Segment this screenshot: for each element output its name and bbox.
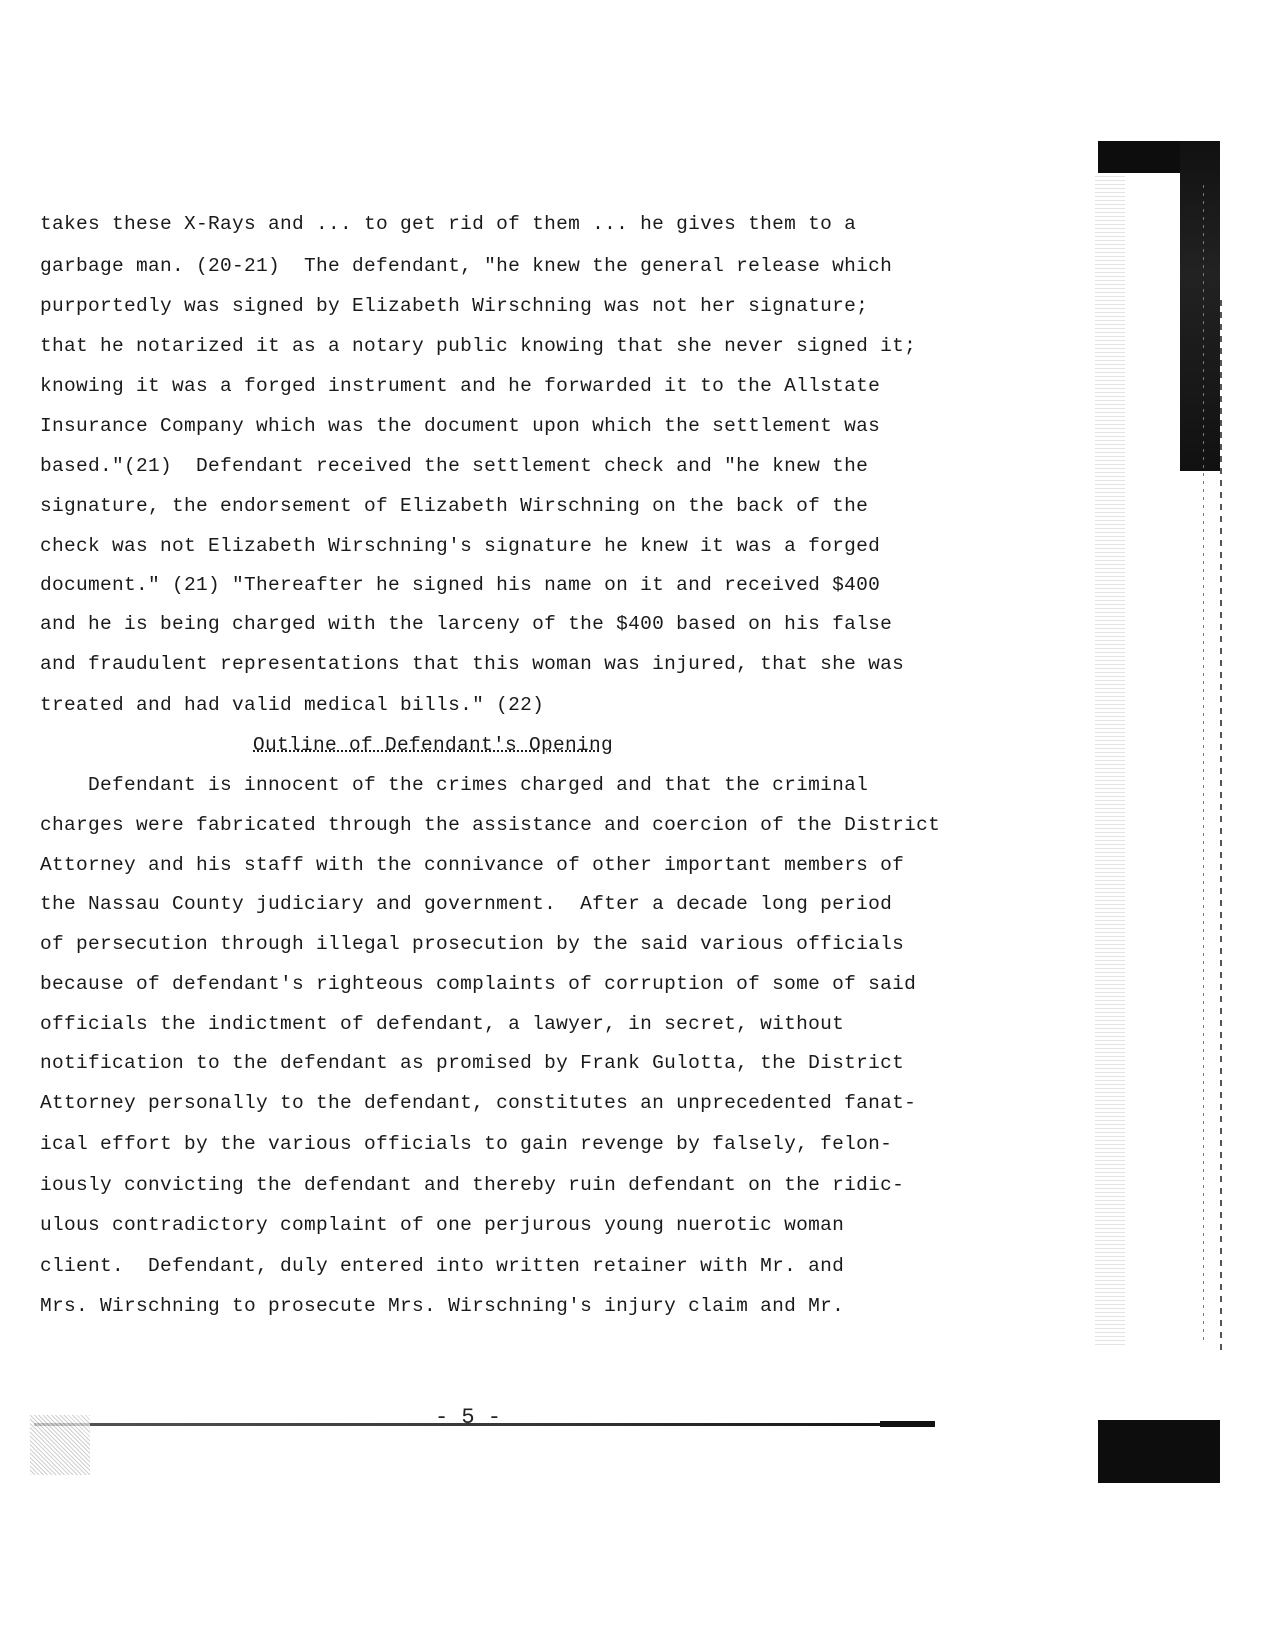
text-line: charges were fabricated through the assi… bbox=[40, 814, 940, 836]
text-line: Mrs. Wirschning to prosecute Mrs. Wirsch… bbox=[40, 1295, 844, 1317]
text-line: Insurance Company which was the document… bbox=[40, 415, 880, 437]
text-line: Attorney and his staff with the connivan… bbox=[40, 854, 904, 876]
scan-margin-artifact bbox=[1180, 141, 1220, 471]
text-line: Defendant is innocent of the crimes char… bbox=[40, 774, 868, 796]
text-line: ical effort by the various officials to … bbox=[40, 1133, 892, 1155]
text-line: and he is being charged with the larceny… bbox=[40, 613, 892, 635]
text-line: knowing it was a forged instrument and h… bbox=[40, 375, 880, 397]
text-line: notification to the defendant as promise… bbox=[40, 1052, 904, 1074]
text-line: of persecution through illegal prosecuti… bbox=[40, 933, 904, 955]
scan-corner-artifact bbox=[30, 1415, 90, 1475]
text-line: ulous contradictory complaint of one per… bbox=[40, 1214, 844, 1236]
scan-margin-artifact bbox=[1098, 1420, 1220, 1483]
text-line: based."(21) Defendant received the settl… bbox=[40, 455, 868, 477]
scan-margin-line bbox=[1220, 300, 1222, 1350]
text-line: and fraudulent representations that this… bbox=[40, 653, 904, 675]
scan-margin-line bbox=[1203, 180, 1204, 1340]
text-line: Attorney personally to the defendant, co… bbox=[40, 1092, 916, 1114]
text-line: signature, the endorsement of Elizabeth … bbox=[40, 495, 868, 517]
text-line: because of defendant's righteous complai… bbox=[40, 973, 916, 995]
text-line: the Nassau County judiciary and governme… bbox=[40, 893, 892, 915]
text-line: garbage man. (20-21) The defendant, "he … bbox=[40, 255, 892, 277]
text-line: takes these X-Rays and ... to get rid of… bbox=[40, 213, 856, 235]
text-line: that he notarized it as a notary public … bbox=[40, 335, 916, 357]
document-page: takes these X-Rays and ... to get rid of… bbox=[0, 0, 1275, 1650]
text-line: treated and had valid medical bills." (2… bbox=[40, 694, 544, 716]
text-line: check was not Elizabeth Wirschning's sig… bbox=[40, 535, 880, 557]
text-line: purportedly was signed by Elizabeth Wirs… bbox=[40, 295, 868, 317]
text-line: iously convicting the defendant and ther… bbox=[40, 1174, 904, 1196]
text-line: client. Defendant, duly entered into wri… bbox=[40, 1255, 844, 1277]
page-number: - 5 - bbox=[435, 1405, 501, 1430]
bottom-rule bbox=[34, 1423, 934, 1426]
text-line: document." (21) "Thereafter he signed hi… bbox=[40, 574, 880, 596]
section-heading: Outline of Defendant's Opening bbox=[253, 734, 613, 756]
scan-margin-noise bbox=[1095, 175, 1125, 1345]
text-line: officials the indictment of defendant, a… bbox=[40, 1013, 844, 1035]
bottom-rule bbox=[880, 1421, 935, 1427]
